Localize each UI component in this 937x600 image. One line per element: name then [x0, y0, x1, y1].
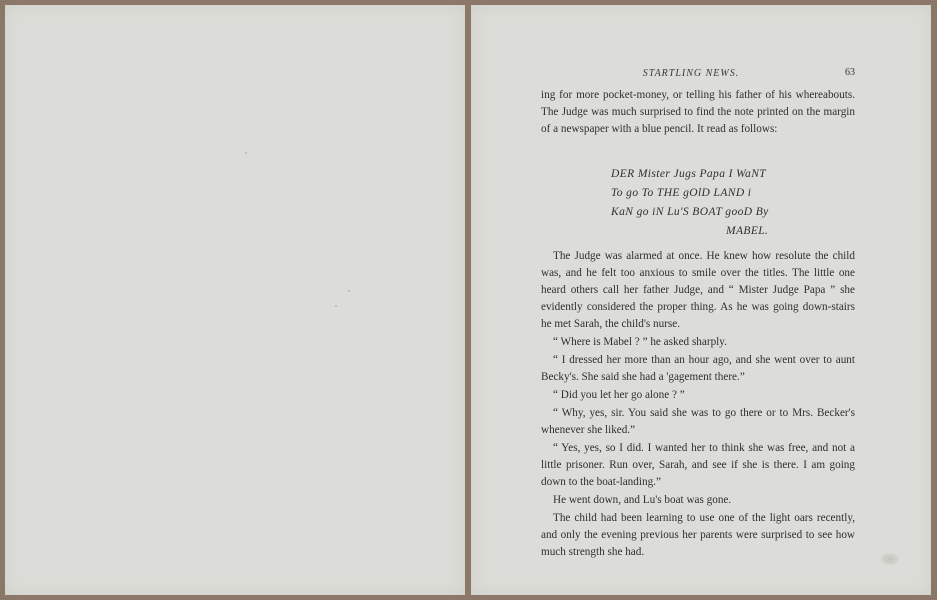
paragraph: The Judge was alarmed at once. He knew h…	[541, 248, 855, 333]
paragraph: The child had been learning to use one o…	[541, 510, 855, 561]
paragraph: “ Yes, yes, so I did. I wanted her to th…	[541, 440, 855, 491]
paper-speck	[245, 152, 247, 154]
note-line: To go To THE gOlD LAND i	[611, 184, 831, 203]
running-head: STARTLING NEWS.	[530, 68, 852, 79]
opening-paragraph: ing for more pocket-money, or telling hi…	[541, 87, 855, 138]
story-text: The Judge was alarmed at once. He knew h…	[541, 248, 855, 561]
paragraph: “ Did you let her go alone ? ”	[541, 387, 855, 404]
paragraph: “ Where is Mabel ? ” he asked sharply.	[541, 334, 855, 351]
paragraph: He went down, and Lu's boat was gone.	[541, 492, 855, 509]
page-number: 63	[843, 67, 855, 78]
opening-paragraph-block: ing for more pocket-money, or telling hi…	[541, 87, 855, 138]
note-line: KaN go iN Lu'S BOAT gooD By	[611, 203, 831, 222]
paper-stain	[881, 553, 899, 565]
mabel-note: DER Mister Jugs Papa I WaNT To go To THE…	[611, 165, 831, 241]
paragraph: “ I dressed her more than an hour ago, a…	[541, 352, 855, 386]
note-signature: MABEL.	[611, 222, 831, 241]
note-line: DER Mister Jugs Papa I WaNT	[611, 165, 831, 184]
left-page	[5, 5, 465, 595]
right-page: STARTLING NEWS. 63 ing for more pocket-m…	[471, 5, 931, 595]
paper-speck	[335, 305, 337, 307]
paper-speck	[348, 290, 350, 292]
paragraph: “ Why, yes, sir. You said she was to go …	[541, 405, 855, 439]
